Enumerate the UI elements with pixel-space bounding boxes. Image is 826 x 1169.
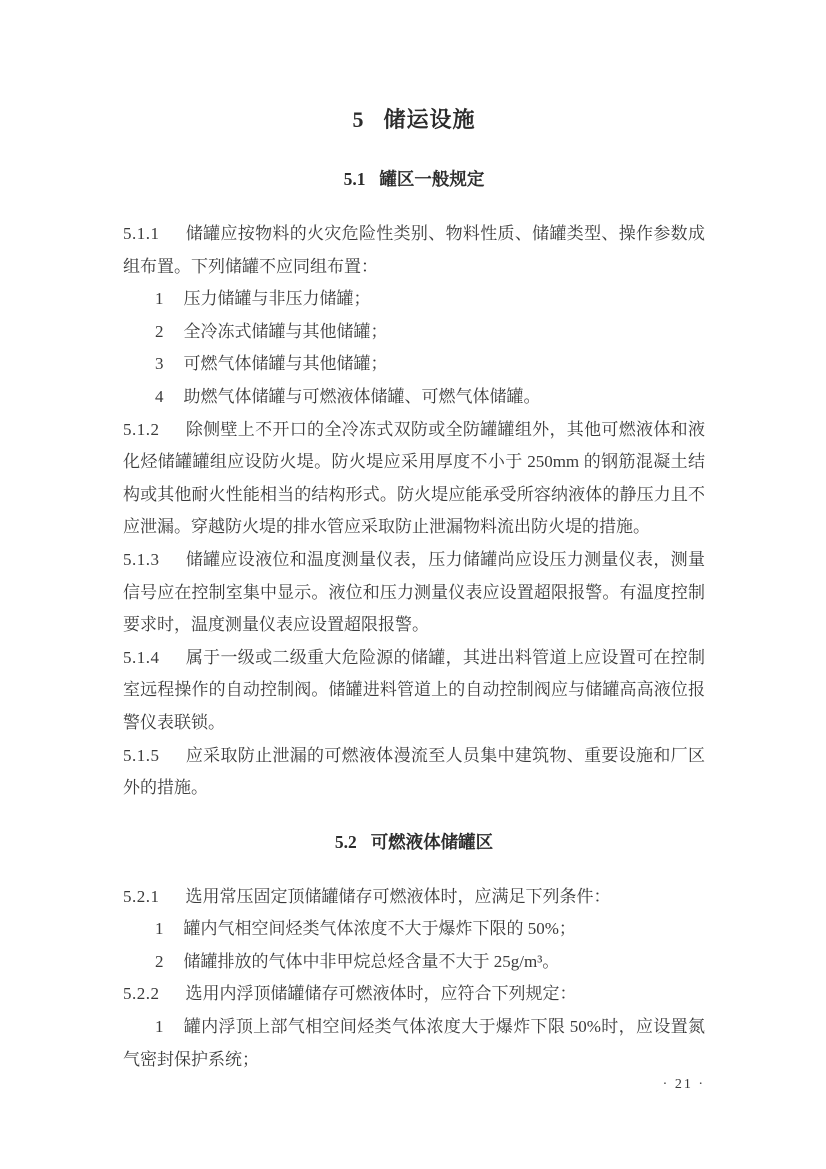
clause-text: 储罐应按物料的火灾危险性类别、物料性质、储罐类型、操作参数成组布置。下列储罐不应… — [123, 224, 705, 276]
item-text: 压力储罐与非压力储罐； — [184, 289, 371, 308]
clause-5-1-5: 5.1.5应采取防止泄漏的可燃液体漫流至人员集中建筑物、重要设施和厂区外的措施。 — [123, 740, 705, 805]
document-page: 5储运设施 5.1罐区一般规定 5.1.1储罐应按物料的火灾危险性类别、物料性质… — [0, 0, 826, 1169]
list-item: 1罐内气相空间烃类气体浓度不大于爆炸下限的 50%； — [123, 913, 705, 946]
list-item: 4助燃气体储罐与可燃液体储罐、可燃气体储罐。 — [123, 381, 705, 414]
clause-text: 属于一级或二级重大危险源的储罐，其进出料管道上应设置可在控制室远程操作的自动控制… — [123, 648, 705, 732]
list-item: 2全冷冻式储罐与其他储罐； — [123, 316, 705, 349]
chapter-number: 5 — [352, 107, 363, 132]
item-number: 1 — [155, 289, 164, 308]
item-text: 可燃气体储罐与其他储罐； — [184, 354, 388, 373]
clause-5-1-1: 5.1.1储罐应按物料的火灾危险性类别、物料性质、储罐类型、操作参数成组布置。下… — [123, 218, 705, 283]
clause-5-2-1: 5.2.1选用常压固定顶储罐储存可燃液体时，应满足下列条件： — [123, 881, 705, 914]
clause-number: 5.1.1 — [123, 224, 160, 243]
item-number: 3 — [155, 354, 164, 373]
clause-number: 5.1.2 — [123, 420, 160, 439]
item-text: 罐内浮顶上部气相空间烃类气体浓度大于爆炸下限 50%时，应设置氮气密封保护系统； — [123, 1017, 705, 1069]
section-number: 5.2 — [335, 832, 357, 852]
item-text: 助燃气体储罐与可燃液体储罐、可燃气体储罐。 — [184, 387, 541, 406]
clause-text: 应采取防止泄漏的可燃液体漫流至人员集中建筑物、重要设施和厂区外的措施。 — [123, 746, 705, 798]
item-text: 储罐排放的气体中非甲烷总烃含量不大于 25g/m³。 — [184, 952, 560, 971]
clause-number: 5.1.3 — [123, 550, 160, 569]
page-number: · 21 · — [663, 1077, 705, 1092]
item-number: 2 — [155, 322, 164, 341]
item-number: 2 — [155, 952, 164, 971]
clause-5-1-2: 5.1.2除侧壁上不开口的全冷冻式双防或全防罐罐组外，其他可燃液体和液化烃储罐罐… — [123, 414, 705, 544]
page-footer: · 21 · — [663, 1076, 705, 1094]
list-item: 2储罐排放的气体中非甲烷总烃含量不大于 25g/m³。 — [123, 946, 705, 979]
section-heading-5-1: 5.1罐区一般规定 — [123, 168, 705, 190]
list-item: 3可燃气体储罐与其他储罐； — [123, 348, 705, 381]
chapter-heading: 5储运设施 — [123, 106, 705, 134]
chapter-title-text: 储运设施 — [383, 107, 475, 132]
page-content: 5储运设施 5.1罐区一般规定 5.1.1储罐应按物料的火灾危险性类别、物料性质… — [123, 106, 705, 1076]
clause-text: 选用内浮顶储罐储存可燃液体时，应符合下列规定： — [186, 984, 577, 1003]
item-text: 全冷冻式储罐与其他储罐； — [184, 322, 388, 341]
item-number: 4 — [155, 387, 164, 406]
clause-number: 5.2.2 — [123, 984, 160, 1003]
clause-text: 除侧壁上不开口的全冷冻式双防或全防罐罐组外，其他可燃液体和液化烃储罐罐组应设防火… — [123, 420, 705, 537]
item-number: 1 — [155, 1017, 164, 1036]
section-number: 5.1 — [344, 169, 366, 189]
clause-text: 储罐应设液位和温度测量仪表，压力储罐尚应设压力测量仪表，测量信号应在控制室集中显… — [123, 550, 705, 634]
item-number: 1 — [155, 919, 164, 938]
list-item: 1罐内浮顶上部气相空间烃类气体浓度大于爆炸下限 50%时，应设置氮气密封保护系统… — [123, 1011, 705, 1076]
clause-number: 5.1.5 — [123, 746, 160, 765]
clause-number: 5.2.1 — [123, 887, 160, 906]
clause-5-2-2: 5.2.2选用内浮顶储罐储存可燃液体时，应符合下列规定： — [123, 978, 705, 1011]
clause-text: 选用常压固定顶储罐储存可燃液体时，应满足下列条件： — [186, 887, 611, 906]
section-title-text: 可燃液体储罐区 — [371, 832, 494, 852]
item-text: 罐内气相空间烃类气体浓度不大于爆炸下限的 50%； — [184, 919, 576, 938]
clause-5-1-3: 5.1.3储罐应设液位和温度测量仪表，压力储罐尚应设压力测量仪表，测量信号应在控… — [123, 544, 705, 642]
section-title-text: 罐区一般规定 — [379, 169, 484, 189]
clause-number: 5.1.4 — [123, 648, 160, 667]
clause-5-1-4: 5.1.4属于一级或二级重大危险源的储罐，其进出料管道上应设置可在控制室远程操作… — [123, 642, 705, 740]
section-heading-5-2: 5.2可燃液体储罐区 — [123, 831, 705, 853]
list-item: 1压力储罐与非压力储罐； — [123, 283, 705, 316]
